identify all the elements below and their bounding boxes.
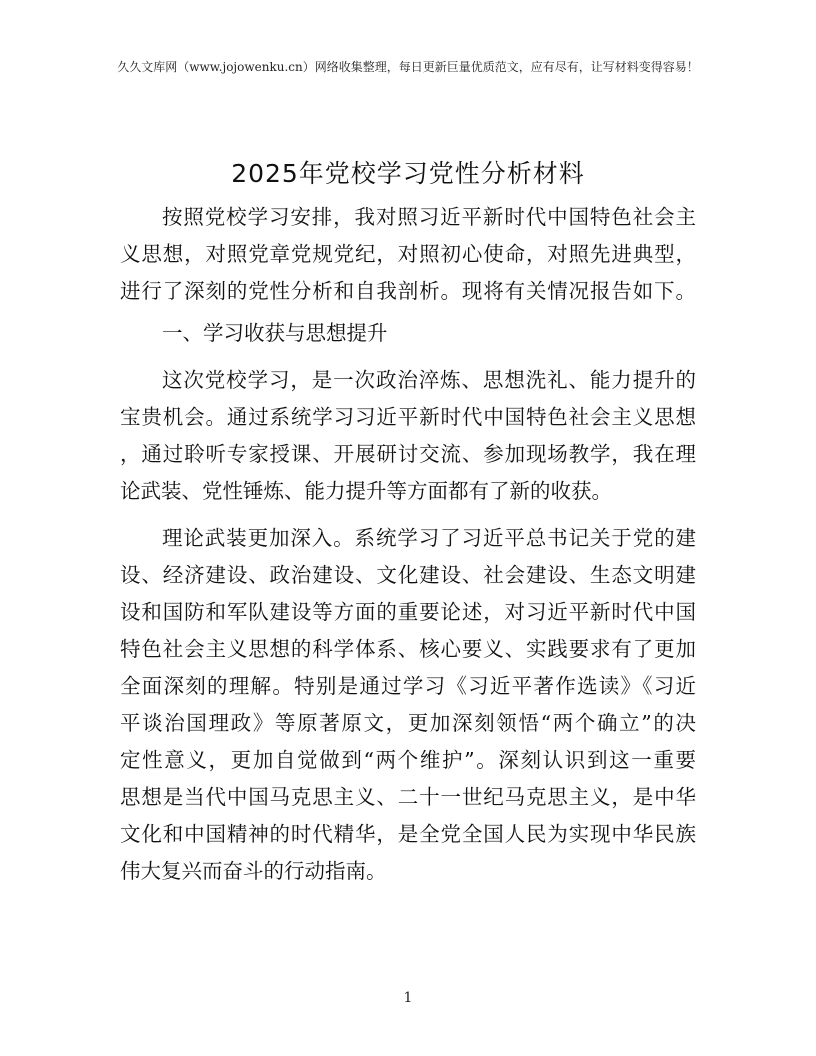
text-line: 特色社会主义思想的科学体系、核心要义、实践要求有了更加 bbox=[120, 636, 696, 662]
section-heading: 一、学习收获与思想提升 bbox=[162, 320, 696, 346]
text-line: 全面深刻的理解。特别是通过学习《习近平著作选读》《习近 bbox=[120, 673, 696, 699]
text-line: 按照党校学习安排，我对照习近平新时代中国特色社会主 bbox=[162, 204, 696, 230]
text-line: 义思想，对照党章党规党纪，对照初心使命，对照先进典型， bbox=[120, 241, 696, 267]
document-title: 2025年党校学习党性分析材料 bbox=[0, 154, 816, 190]
text-line: 设和国防和军队建设等方面的重要论述，对习近平新时代中国 bbox=[120, 599, 696, 625]
text-line: 伟大复兴而奋斗的行动指南。 bbox=[120, 858, 696, 884]
text-line: 思想是当代中国马克思主义、二十一世纪马克思主义，是中华 bbox=[120, 784, 696, 810]
text-line: 这次党校学习，是一次政治淬炼、思想洗礼、能力提升的 bbox=[162, 367, 696, 393]
text-line: 定性意义，更加自觉做到“两个维护”。深刻认识到这一重要 bbox=[120, 747, 696, 773]
text-line: 论武装、党性锤炼、能力提升等方面都有了新的收获。 bbox=[120, 478, 696, 504]
text-line: 理论武装更加深入。系统学习了习近平总书记关于党的建 bbox=[162, 525, 696, 551]
text-line: 设、经济建设、政治建设、文化建设、社会建设、生态文明建 bbox=[120, 562, 696, 588]
text-line: 进行了深刻的党性分析和自我剖析。现将有关情况报告如下。 bbox=[120, 278, 696, 304]
page-number: 1 bbox=[0, 990, 816, 1006]
text-line: ，通过聆听专家授课、开展研讨交流、参加现场教学，我在理 bbox=[120, 441, 696, 467]
text-line: 宝贵机会。通过系统学习习近平新时代中国特色社会主义思想 bbox=[120, 404, 696, 430]
text-line: 平谈治国理政》等原著原文，更加深刻领悟“两个确立”的决 bbox=[120, 710, 696, 736]
header-note: 久久文库网（www.jojowenku.cn）网络收集整理，每日更新巨量优质范文… bbox=[0, 58, 816, 75]
text-line: 文化和中国精神的时代精华，是全党全国人民为实现中华民族 bbox=[120, 821, 696, 847]
